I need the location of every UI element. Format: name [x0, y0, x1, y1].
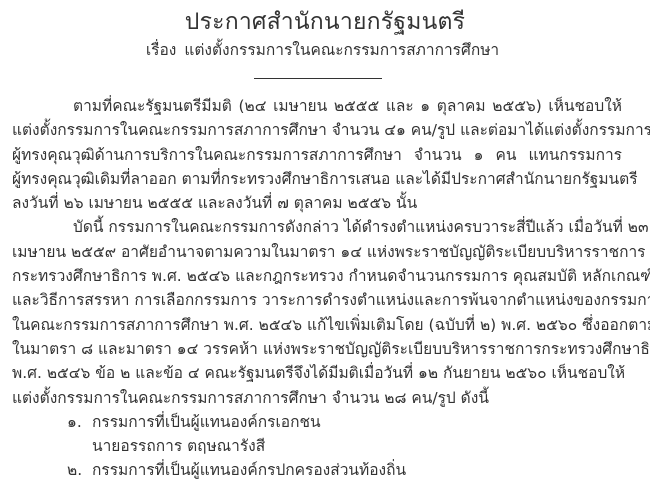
paragraph-line: ลงวันที่ ๒๖ เมษายน ๒๕๕๕ และลงวันที่ ๗ ตุ…	[12, 191, 622, 215]
list-item-heading: ๑.กรรมการที่เป็นผู้แทนองค์กรเอกชน	[12, 410, 622, 434]
list-item-heading: ๒.กรรมการที่เป็นผู้แทนองค์กรปกครองส่วนท้…	[12, 458, 622, 482]
list-number: ๒.	[67, 458, 92, 482]
paragraph-2: บัดนี้ กรรมการในคณะกรรมการดังกล่าว ได้ดำ…	[12, 215, 622, 409]
paragraph-line: เมษายน ๒๕๕๙ อาศัยอำนาจตามความในมาตรา ๑๔ …	[12, 240, 622, 264]
document-title: ประกาศสำนักนายกรัฐมนตรี	[0, 6, 650, 38]
paragraph-1: ตามที่คณะรัฐมนตรีมีมติ (๒๔ เมษายน ๒๕๕๕ แ…	[12, 94, 622, 215]
list-member: นายอรรถการ ตฤษณารังสี	[12, 434, 622, 458]
paragraph-line: แต่งตั้งกรรมการในคณะกรรมการสภาการศึกษา จ…	[12, 118, 622, 142]
paragraph-line: ในคณะกรรมการสภาการศึกษา พ.ศ. ๒๕๔๖ แก้ไขเ…	[12, 313, 622, 337]
title-divider	[254, 78, 382, 79]
paragraph-line: กระทรวงศึกษาธิการ พ.ศ. ๒๕๔๖ และกฎกระทรวง…	[12, 264, 622, 288]
paragraph-line: และวิธีการสรรหา การเลือกกรรมการ วาระการด…	[12, 288, 622, 312]
paragraph-line: แต่งตั้งกรรมการในคณะกรรมการสภาการศึกษา จ…	[12, 386, 622, 410]
list-number: ๑.	[67, 410, 92, 434]
paragraph-line: พ.ศ. ๒๕๔๖ ข้อ ๒ และข้อ ๔ คณะรัฐมนตรีจึงไ…	[12, 361, 622, 385]
list-heading: กรรมการที่เป็นผู้แทนองค์กรปกครองส่วนท้อง…	[92, 461, 406, 479]
paragraph-line: บัดนี้ กรรมการในคณะกรรมการดังกล่าว ได้ดำ…	[12, 215, 622, 239]
subject-text: แต่งตั้งกรรมการในคณะกรรมการสภาการศึกษา	[184, 41, 499, 59]
document-subject: เรื่องแต่งตั้งกรรมการในคณะกรรมการสภาการศ…	[0, 38, 645, 62]
document-page: ประกาศสำนักนายกรัฐมนตรี เรื่องแต่งตั้งกร…	[0, 0, 650, 494]
paragraph-line: ผู้ทรงคุณวุฒิด้านการบริการในคณะกรรมการสภ…	[12, 143, 622, 167]
document-body: ตามที่คณะรัฐมนตรีมีมติ (๒๔ เมษายน ๒๕๕๕ แ…	[12, 94, 622, 483]
paragraph-line: ตามที่คณะรัฐมนตรีมีมติ (๒๔ เมษายน ๒๕๕๕ แ…	[12, 94, 622, 118]
paragraph-line: ในมาตรา ๘ และมาตรา ๑๔ วรรคห้า แห่งพระราช…	[12, 337, 622, 361]
paragraph-line: ผู้ทรงคุณวุฒิเดิมที่ลาออก ตามที่กระทรวงศ…	[12, 167, 622, 191]
list-heading: กรรมการที่เป็นผู้แทนองค์กรเอกชน	[92, 413, 321, 431]
subject-label: เรื่อง	[146, 41, 177, 59]
committee-list: ๑.กรรมการที่เป็นผู้แทนองค์กรเอกชน นายอรร…	[12, 410, 622, 483]
